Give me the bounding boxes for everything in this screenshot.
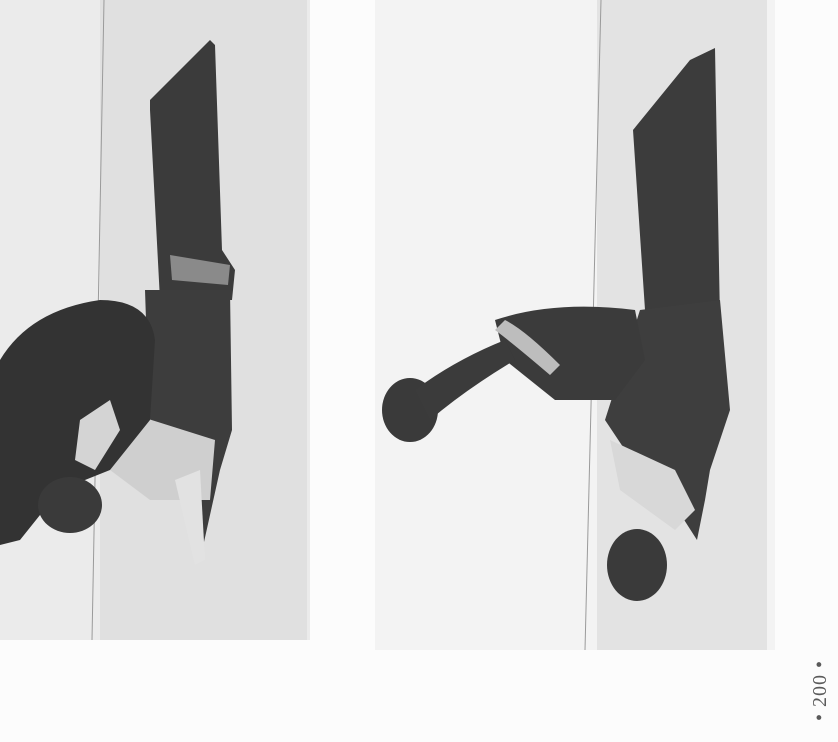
photo-grappling-1 (0, 0, 310, 640)
page-number: • 200 • (800, 640, 838, 740)
photo-1-illustration (0, 0, 310, 640)
photo-2-illustration (375, 0, 775, 650)
book-page: • 200 • (0, 0, 838, 742)
photo-grappling-2 (375, 0, 775, 650)
page-number-text: • 200 • (809, 659, 832, 720)
